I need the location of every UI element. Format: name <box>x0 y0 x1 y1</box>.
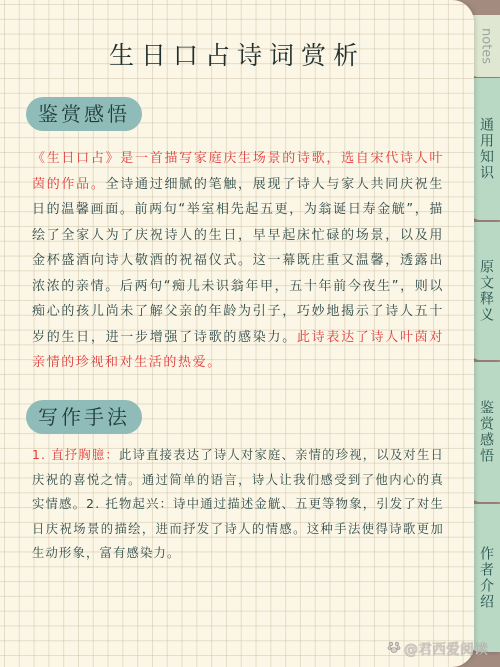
side-tab-notes[interactable]: notes <box>470 15 500 77</box>
side-tab-label: 作者介绍 <box>474 546 496 610</box>
point1-label: 1. 直抒胸臆： <box>32 448 119 462</box>
side-tab-label: 原文释义 <box>474 259 496 323</box>
side-tab-label: notes <box>477 28 494 64</box>
grid-paper-page: 生日口占诗词赏析 鉴赏感悟 《生日口占》是一首描写家庭庆生场景的诗歌，选自宋代诗… <box>0 0 474 667</box>
side-tab-appreciation[interactable]: 鉴赏感悟 <box>470 362 500 502</box>
watermark: @君西爱阅读 <box>387 639 488 659</box>
section-heading-writing-technique: 写作手法 <box>26 400 142 434</box>
section-heading-appreciation: 鉴赏感悟 <box>26 97 142 131</box>
paw-icon <box>387 640 401 658</box>
side-tab-label: 鉴赏感悟 <box>474 400 496 464</box>
point2-label: 2. 托物起兴： <box>86 497 173 511</box>
side-tab-general-knowledge[interactable]: 通用知识 <box>470 78 500 220</box>
side-tab-original-text[interactable]: 原文释义 <box>470 222 500 360</box>
appreciation-paragraph: 《生日口占》是一首描写家庭庆生场景的诗歌，选自宋代诗人叶茵的作品。全诗通过细腻的… <box>32 146 444 376</box>
side-tab-author-intro[interactable]: 作者介绍 <box>470 504 500 652</box>
side-tab-label: 通用知识 <box>474 117 496 181</box>
page-title: 生日口占诗词赏析 <box>0 36 474 72</box>
appreciation-body: 全诗通过细腻的笔触，展现了诗人与家人共同庆祝生日的温馨画面。前两句“举室相先起五… <box>32 177 444 345</box>
watermark-text: @君西爱阅读 <box>404 639 488 659</box>
writing-technique-paragraph: 1. 直抒胸臆：此诗直接表达了诗人对家庭、亲情的珍视，以及对生日庆祝的喜悦之情。… <box>32 443 444 566</box>
